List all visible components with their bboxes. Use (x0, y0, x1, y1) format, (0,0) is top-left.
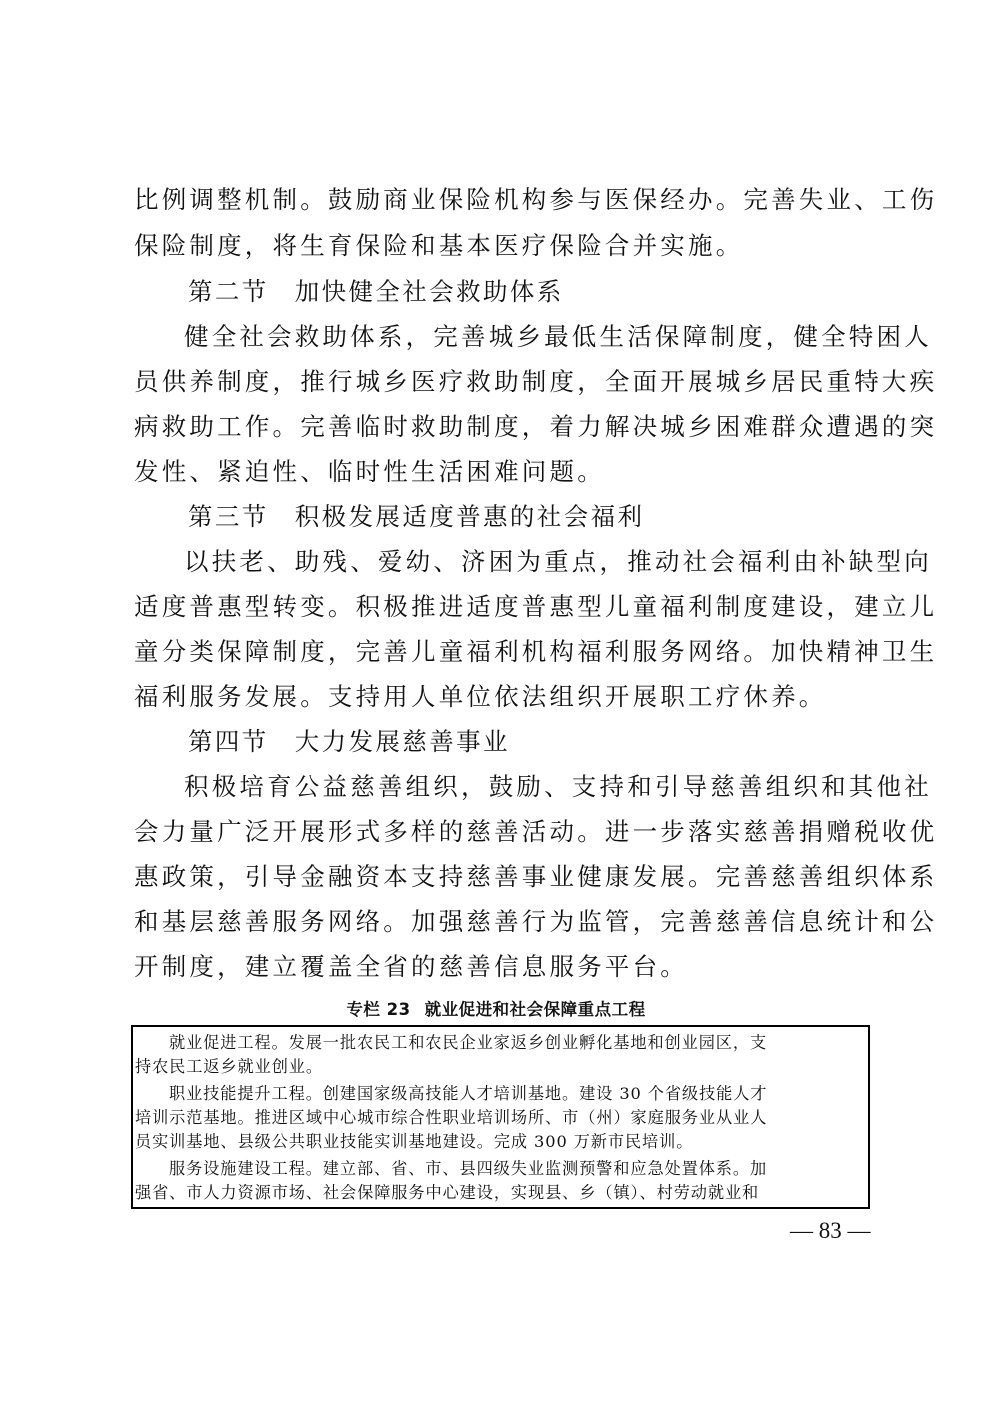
paragraph-line: 健全社会救助体系，完善城乡最低生活保障制度，健全特困人 (134, 322, 920, 352)
box-line: 服务设施建设工程。建立部、省、市、县四级失业监测预警和应急处置体系。加 (135, 1158, 902, 1180)
box-line: 员实训基地、县级公共职业技能实训基地建设。完成 300 万新市民培训。 (135, 1131, 868, 1153)
section-number: 第四节 (188, 727, 269, 756)
section-title: 积极发展适度普惠的社会福利 (295, 502, 645, 531)
paragraph-line: 和基层慈善服务网络。加强慈善行为监管，完善慈善信息统计和公 (134, 907, 870, 937)
box-line: 持农民工返乡就业创业。 (135, 1056, 868, 1078)
paragraph-line: 童分类保障制度，完善儿童福利机构福利服务网络。加快精神卫生 (134, 637, 870, 667)
paragraph-line: 适度普惠型转变。积极推进适度普惠型儿童福利制度建设，建立儿 (134, 592, 870, 622)
paragraph-line: 会力量广泛开展形式多样的慈善活动。进一步落实慈善捐赠税收优 (134, 817, 870, 847)
paragraph-line: 福利服务发展。支持用人单位依法组织开展职工疗休养。 (134, 682, 870, 712)
paragraph-line: 比例调整机制。鼓励商业保险机构参与医保经办。完善失业、工伤 (134, 185, 870, 215)
section-title: 加快健全社会救助体系 (295, 277, 564, 306)
section-number: 第三节 (188, 502, 269, 531)
box-line: 职业技能提升工程。创建国家级高技能人才培训基地。建设 30 个省级技能人才 (135, 1083, 902, 1105)
section-heading: 第四节大力发展慈善事业 (188, 727, 924, 757)
box-title: 专栏 23就业促进和社会保障重点工程 (0, 999, 992, 1021)
box-line: 强省、市人力资源市场、社会保障服务中心建设，实现县、乡（镇）、村劳动就业和 (135, 1182, 868, 1204)
box-title-text: 就业促进和社会保障重点工程 (425, 1000, 646, 1019)
box-label: 专栏 23 (346, 1000, 410, 1019)
paragraph-line: 病救助工作。完善临时救助制度，着力解决城乡困难群众遭遇的突 (134, 412, 870, 442)
section-title: 大力发展慈善事业 (295, 727, 510, 756)
key-projects-box: 就业促进工程。发展一批农民工和农民企业家返乡创业孵化基地和创业园区，支 持农民工… (131, 1025, 870, 1209)
paragraph-line: 以扶老、助残、爱幼、济困为重点，推动社会福利由补缺型向 (134, 547, 920, 577)
paragraph-line: 惠政策，引导金融资本支持慈善事业健康发展。完善慈善组织体系 (134, 862, 870, 892)
box-line: 就业促进工程。发展一批农民工和农民企业家返乡创业孵化基地和创业园区，支 (135, 1032, 902, 1054)
page-number: — 83 — (790, 1216, 871, 1246)
paragraph-line: 开制度，建立覆盖全省的慈善信息服务平台。 (134, 952, 870, 982)
document-page: 比例调整机制。鼓励商业保险机构参与医保经办。完善失业、工伤 保险制度，将生育保险… (0, 0, 992, 1403)
section-number: 第二节 (188, 277, 269, 306)
section-heading: 第三节积极发展适度普惠的社会福利 (188, 502, 924, 532)
paragraph-line: 保险制度，将生育保险和基本医疗保险合并实施。 (134, 231, 870, 261)
section-heading: 第二节加快健全社会救助体系 (188, 277, 924, 307)
paragraph-line: 员供养制度，推行城乡医疗救助制度，全面开展城乡居民重特大疾 (134, 367, 870, 397)
paragraph-line: 发性、紧迫性、临时性生活困难问题。 (134, 457, 870, 487)
paragraph-line: 积极培育公益慈善组织，鼓励、支持和引导慈善组织和其他社 (134, 772, 920, 802)
box-line: 培训示范基地。推进区域中心城市综合性职业培训场所、市（州）家庭服务业从业人 (135, 1107, 868, 1129)
